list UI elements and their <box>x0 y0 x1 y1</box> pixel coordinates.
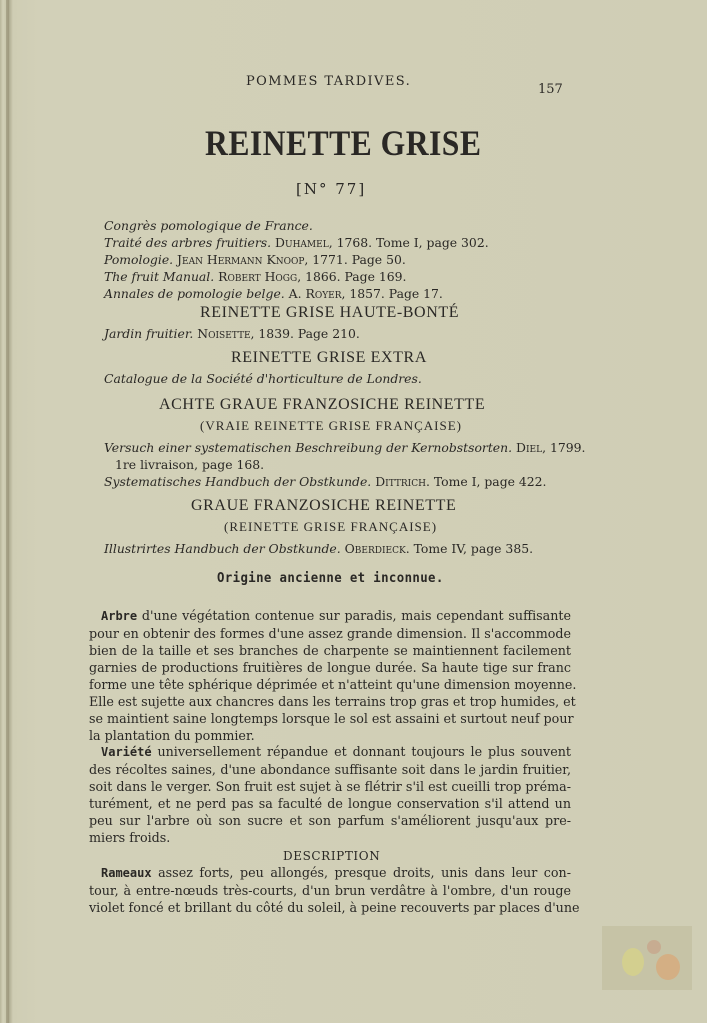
paragraph-line: pour en obtenir des formes d'une assez g… <box>89 625 571 642</box>
reference-detail: , 1799. <box>542 440 585 455</box>
paragraph-line: miers froids. <box>89 829 571 846</box>
paragraph-line: tour, à entre-nœuds très-courts, d'un br… <box>89 882 571 899</box>
reference-line: Catalogue de la Société d'horticulture d… <box>104 371 422 386</box>
paragraph-line: violet foncé et brillant du côté du sole… <box>89 899 571 916</box>
synonym-subtitle: (VRAIE REINETTE GRISE FRANÇAISE) <box>200 418 462 434</box>
reference-line: Systematisches Handbuch der Obstkunde. D… <box>104 474 546 489</box>
reference-detail: , 1768. Tome I, page 302. <box>329 235 489 250</box>
paragraph-line: turément, et ne perd pas sa faculté de l… <box>89 795 571 812</box>
reference-detail: . Tome I, page 422. <box>426 474 547 489</box>
paragraph-line: se maintient saine longtemps lorsque le … <box>89 710 571 727</box>
reference-work: Pomologie. <box>104 252 173 267</box>
synonym-heading: GRAUE FRANZOSICHE REINETTE <box>191 497 456 515</box>
fruit-shape <box>647 940 661 954</box>
paragraph-line: Rameaux assez forts, peu allongés, presq… <box>89 864 571 882</box>
reference-work: Illustrirtes Handbuch der Obstkunde. <box>104 541 341 556</box>
reference-work: Jardin fruitier. <box>104 326 193 341</box>
reference-work: Systematisches Handbuch der Obstkunde. <box>104 474 371 489</box>
reference-line: Traité des arbres fruitiers. Duhamel, 17… <box>104 235 489 250</box>
paragraph-line: des récoltes saines, d'une abondance suf… <box>89 761 571 778</box>
paragraph-line: Arbre d'une végétation contenue sur para… <box>89 607 571 625</box>
reference-author: A. Royer <box>289 286 342 301</box>
reference-author: Jean Hermann Knoop <box>177 252 304 267</box>
paragraph-lead: Arbre <box>101 609 137 623</box>
synonym-heading: REINETTE GRISE EXTRA <box>231 349 427 367</box>
paragraph-line: Variété universellement répandue et donn… <box>89 743 571 761</box>
page-gutter-shadow <box>6 0 9 1023</box>
variety-number: [N° 77] <box>296 180 366 198</box>
synonym-heading: ACHTE GRAUE FRANZOSICHE REINETTE <box>159 396 485 414</box>
paragraph-line: garnies de productions fruitières de lon… <box>89 659 571 676</box>
paragraph-description: Rameaux assez forts, peu allongés, presq… <box>89 864 571 916</box>
reference-author: Robert Hogg <box>218 269 297 284</box>
description-heading: DESCRIPTION <box>283 849 380 863</box>
reference-line: Congrès pomologique de France. <box>104 218 313 233</box>
book-page: POMMES TARDIVES. 157 REINETTE GRISE [N° … <box>0 0 707 1023</box>
reference-author: Dittrich <box>375 474 426 489</box>
reference-author: Oberdieck <box>345 541 406 556</box>
paragraph-line: peu sur l'arbre où son sucre et son parf… <box>89 812 571 829</box>
reference-work: Annales de pomologie belge. <box>104 286 285 301</box>
paragraph-lead: Rameaux <box>101 866 152 880</box>
reference-line: Annales de pomologie belge. A. Royer, 18… <box>104 286 443 301</box>
origin-statement: Origine ancienne et inconnue. <box>217 571 444 586</box>
synonym-subtitle: (REINETTE GRISE FRANÇAISE) <box>224 519 437 535</box>
reference-detail: , 1857. Page 17. <box>342 286 443 301</box>
reference-author: Noisette <box>197 326 250 341</box>
fruit-shape <box>656 954 680 980</box>
paragraph-arbre: Arbre d'une végétation contenue sur para… <box>89 607 571 744</box>
reference-detail: , 1771. Page 50. <box>304 252 405 267</box>
reference-line: Pomologie. Jean Hermann Knoop, 1771. Pag… <box>104 252 406 267</box>
page-number: 157 <box>538 82 563 97</box>
reference-detail: . Tome IV, page 385. <box>406 541 533 556</box>
paragraph-line: bien de la taille et ses branches de cha… <box>89 642 571 659</box>
reference-line: The fruit Manual. Robert Hogg, 1866. Pag… <box>104 269 406 284</box>
paragraph-variete: Variété universellement répandue et donn… <box>89 743 571 846</box>
reference-work: Congrès pomologique de France. <box>104 218 313 233</box>
reference-author: Duhamel <box>275 235 329 250</box>
fruit-shape <box>622 948 644 976</box>
synonym-heading: REINETTE GRISE HAUTE-BONTÉ <box>200 304 459 322</box>
reference-author: Diel <box>516 440 542 455</box>
paragraph-line: la plantation du pommier. <box>89 727 571 744</box>
reference-work: Versuch einer systematischen Beschreibun… <box>104 440 512 455</box>
paragraph-lead: Variété <box>101 745 152 759</box>
variety-title: REINETTE GRISE <box>205 122 481 164</box>
reference-detail: , 1839. Page 210. <box>251 326 360 341</box>
reference-work: Catalogue de la Société d'horticulture d… <box>104 371 422 386</box>
reference-line: Versuch einer systematischen Beschreibun… <box>104 440 585 455</box>
reference-detail: , 1866. Page 169. <box>297 269 406 284</box>
reference-work: The fruit Manual. <box>104 269 214 284</box>
running-head: POMMES TARDIVES. <box>246 74 411 89</box>
paragraph-line: soit dans le verger. Son fruit est sujet… <box>89 778 571 795</box>
reference-line: Illustrirtes Handbuch der Obstkunde. Obe… <box>104 541 533 556</box>
reference-line: Jardin fruitier. Noisette, 1839. Page 21… <box>104 326 360 341</box>
reference-work: Traité des arbres fruitiers. <box>104 235 271 250</box>
watermark-fruit-image <box>602 926 692 990</box>
paragraph-line: Elle est sujette aux chancres dans les t… <box>89 693 571 710</box>
paragraph-line: forme une tête sphérique déprimée et n'a… <box>89 676 571 693</box>
reference-continuation: 1re livraison, page 168. <box>115 457 264 472</box>
